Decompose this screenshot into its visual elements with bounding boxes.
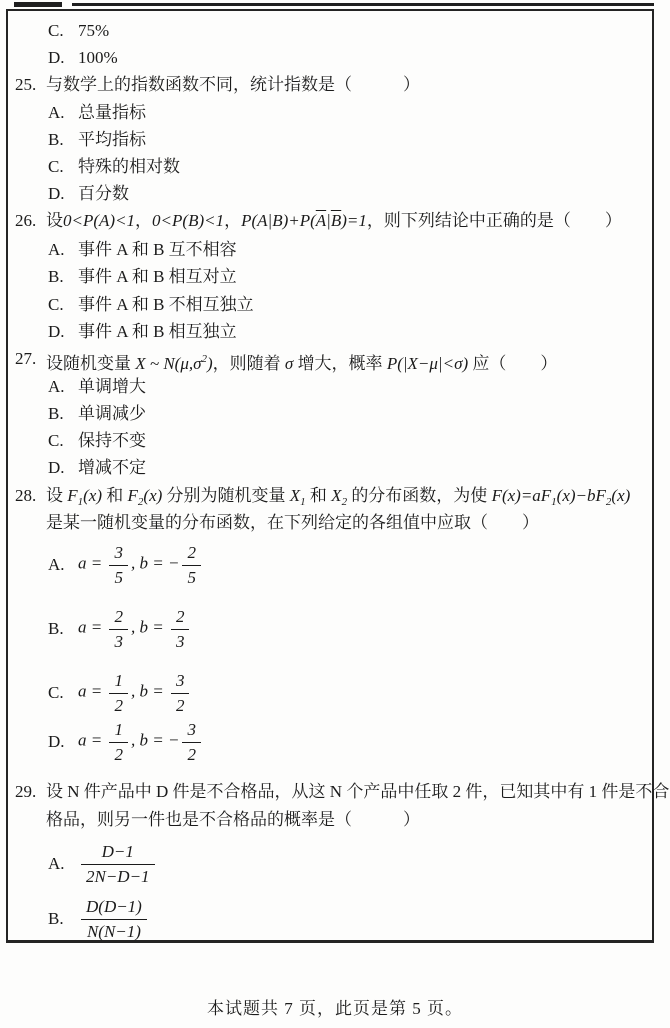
- fraction: D(D−1)N(N−1): [81, 896, 147, 942]
- option-row: A. 单调增大: [0, 374, 670, 400]
- option-label: C.: [48, 154, 64, 180]
- question-stem-line1: 设 N 件产品中 D 件是不合格品，从这 N 个产品中任取 2 件，已知其中有 …: [46, 779, 669, 805]
- math-fragment: A: [316, 211, 326, 230]
- fraction: 23: [171, 606, 190, 652]
- scan-artifact-line: [14, 2, 62, 7]
- fraction: 35: [109, 542, 128, 588]
- option-text: 75%: [78, 18, 109, 44]
- fraction: D−12N−D−1: [81, 841, 155, 887]
- option-label: D.: [48, 455, 65, 481]
- question-number: 26.: [15, 208, 36, 234]
- option-row: A. 总量指标: [0, 100, 670, 126]
- option-text: 增减不定: [78, 455, 146, 481]
- option-row: D. 百分数: [0, 181, 670, 207]
- option-label: B.: [48, 909, 78, 929]
- text-fragment: 与数学上的指数函数不同，统计指数是（ ）: [46, 75, 420, 94]
- fraction: 32: [182, 719, 201, 765]
- text-fragment: 分别为随机变量: [162, 486, 290, 505]
- question-26-head: 26. 设0<P(A)<1，0<P(B)<1，P(A|B)+P(A|B)=1，则…: [0, 208, 670, 234]
- math-fragment: (x): [83, 486, 102, 505]
- option-row: A. 事件 A 和 B 互不相容: [0, 237, 670, 263]
- option-label: C.: [48, 428, 64, 454]
- text-fragment: 和: [306, 486, 332, 505]
- option-text: 平均指标: [78, 127, 146, 153]
- math-fragment: F(x)=aF: [492, 486, 552, 505]
- math-fragment: P(|X−μ|<σ): [387, 354, 468, 373]
- option-label: B.: [48, 619, 78, 639]
- option-text: 百分数: [78, 181, 129, 207]
- text-fragment: 设: [46, 486, 67, 505]
- math-fragment: , b =: [131, 618, 168, 637]
- option-row: B. a = 23, b = 23: [0, 600, 670, 658]
- option-row: B. 事件 A 和 B 相互对立: [0, 264, 670, 290]
- text-fragment: 的分布函数，为使: [347, 486, 492, 505]
- math-fragment: )=1: [341, 211, 367, 230]
- option-text: 总量指标: [78, 100, 146, 126]
- math-fragment: , b =: [131, 682, 168, 701]
- option-label: A.: [48, 100, 65, 126]
- math-fragment: F: [128, 486, 138, 505]
- option-text: 单调减少: [78, 401, 146, 427]
- question-stem: 设0<P(A)<1，0<P(B)<1，P(A|B)+P(A|B)=1，则下列结论…: [46, 208, 622, 234]
- math-fragment: X: [331, 486, 341, 505]
- fraction: 25: [182, 542, 201, 588]
- option-row: C. 特殊的相对数: [0, 154, 670, 180]
- option-text: 特殊的相对数: [78, 154, 180, 180]
- option-row: D. 100%: [0, 45, 670, 71]
- question-stem: 与数学上的指数函数不同，统计指数是（ ）: [46, 72, 420, 98]
- option-label: A.: [48, 854, 78, 874]
- option-row: C. 保持不变: [0, 428, 670, 454]
- option-row: C. 75%: [0, 18, 670, 44]
- option-row: D. 事件 A 和 B 相互独立: [0, 319, 670, 345]
- option-row: A. a = 35, b = −25: [0, 536, 670, 594]
- fraction: 12: [109, 670, 128, 716]
- math-fragment: a =: [78, 731, 106, 750]
- question-number: 25.: [15, 72, 36, 98]
- option-math: a = 12, b = −32: [78, 719, 204, 765]
- option-text: 100%: [78, 45, 118, 71]
- option-label: B.: [48, 401, 64, 427]
- option-row: D. 增减不定: [0, 455, 670, 481]
- math-fragment: (x)−bF: [557, 486, 606, 505]
- option-label: D.: [48, 45, 65, 71]
- math-fragment: F: [67, 486, 77, 505]
- text-fragment: ，: [224, 211, 241, 230]
- question-number: 29.: [15, 779, 36, 805]
- text-fragment: 格品，则另一件也是不合格品的概率是（ ）: [46, 810, 420, 829]
- text-fragment: 和: [102, 486, 128, 505]
- text-fragment: 设 N 件产品中 D 件是不合格品，从这 N 个产品中任取 2 件，已知其中有 …: [46, 782, 669, 801]
- fraction: 23: [109, 606, 128, 652]
- option-math: a = 35, b = −25: [78, 542, 204, 588]
- option-text: 事件 A 和 B 互不相容: [78, 237, 237, 263]
- text-fragment: 应（ ）: [468, 354, 557, 373]
- option-label: D.: [48, 181, 65, 207]
- scan-artifact-line: [72, 3, 654, 6]
- text-fragment: 是某一随机变量的分布函数，在下列给定的各组值中应取（ ）: [46, 513, 539, 532]
- option-row: B. D(D−1)N(N−1): [0, 894, 670, 944]
- option-text: 事件 A 和 B 相互独立: [78, 319, 237, 345]
- math-fragment: , b = −: [131, 554, 179, 573]
- question-28-head: 28. 设 F1(x) 和 F2(x) 分别为随机变量 X1 和 X2 的分布函…: [0, 483, 670, 509]
- math-fragment: 0<P(A)<1: [63, 211, 135, 230]
- option-math: D(D−1)N(N−1): [78, 896, 150, 942]
- text-fragment: ，则随着: [213, 354, 285, 373]
- math-fragment: (x): [611, 486, 630, 505]
- math-fragment: a =: [78, 618, 106, 637]
- option-math: a = 12, b = 32: [78, 670, 192, 716]
- question-stem-line2: 格品，则另一件也是不合格品的概率是（ ）: [46, 807, 420, 833]
- option-label: C.: [48, 18, 64, 44]
- option-label: C.: [48, 292, 64, 318]
- math-fragment: X ~ N(μ,σ: [135, 354, 201, 373]
- option-text: 单调增大: [78, 374, 146, 400]
- option-row: C. 事件 A 和 B 不相互独立: [0, 292, 670, 318]
- fraction: 12: [109, 719, 128, 765]
- option-label: A.: [48, 555, 78, 575]
- option-text: 事件 A 和 B 相互对立: [78, 264, 237, 290]
- question-number: 28.: [15, 483, 36, 509]
- option-text: 事件 A 和 B 不相互独立: [78, 292, 254, 318]
- math-fragment: a =: [78, 682, 106, 701]
- option-row: D. a = 12, b = −32: [0, 713, 670, 771]
- text-fragment: ，则下列结论中正确的是（ ）: [367, 211, 622, 230]
- option-label: B.: [48, 127, 64, 153]
- text-fragment: 设: [46, 211, 63, 230]
- text-fragment: 增大，概率: [293, 354, 387, 373]
- option-label: D.: [48, 319, 65, 345]
- fraction: 32: [171, 670, 190, 716]
- question-stem-line2: 是某一随机变量的分布函数，在下列给定的各组值中应取（ ）: [46, 510, 539, 536]
- option-label: C.: [48, 683, 78, 703]
- option-text: 保持不变: [78, 428, 146, 454]
- math-fragment: P(A|B)+P(: [241, 211, 316, 230]
- question-25-head: 25. 与数学上的指数函数不同，统计指数是（ ）: [0, 72, 670, 98]
- option-label: D.: [48, 732, 78, 752]
- option-label: A.: [48, 374, 65, 400]
- option-math: D−12N−D−1: [78, 841, 158, 887]
- option-row: A. D−12N−D−1: [0, 836, 670, 892]
- option-label: A.: [48, 237, 65, 263]
- text-fragment: 设随机变量: [46, 354, 135, 373]
- option-row: B. 单调减少: [0, 401, 670, 427]
- question-28-stem-line2: 是某一随机变量的分布函数，在下列给定的各组值中应取（ ）: [0, 510, 670, 536]
- option-math: a = 23, b = 23: [78, 606, 192, 652]
- page-footer: 本试题共 7 页，此页是第 5 页。: [0, 994, 670, 1019]
- math-fragment: X: [290, 486, 300, 505]
- question-29-stem-line2: 格品，则另一件也是不合格品的概率是（ ）: [0, 807, 670, 833]
- question-number: 27.: [15, 346, 36, 372]
- math-fragment: a =: [78, 554, 106, 573]
- scanned-exam-page: { "page": { "footer": "本试题共 7 页，此页是第 5 页…: [0, 0, 670, 1028]
- option-row: B. 平均指标: [0, 127, 670, 153]
- math-fragment: , b = −: [131, 731, 179, 750]
- math-fragment: 0<P(B)<1: [152, 211, 224, 230]
- question-29-head: 29. 设 N 件产品中 D 件是不合格品，从这 N 个产品中任取 2 件，已知…: [0, 779, 670, 805]
- text-fragment: ，: [135, 211, 152, 230]
- question-stem: 设随机变量 X ~ N(μ,σ2)，则随着 σ 增大，概率 P(|X−μ|<σ)…: [46, 346, 557, 377]
- question-27-head: 27. 设随机变量 X ~ N(μ,σ2)，则随着 σ 增大，概率 P(|X−μ…: [0, 346, 670, 372]
- math-fragment: B: [331, 211, 341, 230]
- option-label: B.: [48, 264, 64, 290]
- math-fragment: (x): [143, 486, 162, 505]
